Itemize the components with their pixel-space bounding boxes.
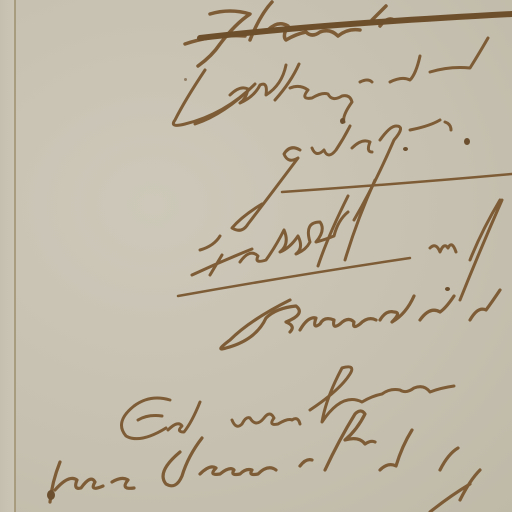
ink-blot bbox=[184, 78, 187, 81]
line-7-strokes bbox=[50, 411, 480, 512]
line-4-strokes bbox=[178, 180, 502, 300]
ink-blot bbox=[340, 118, 345, 124]
line-6-strokes bbox=[122, 367, 455, 439]
ink-blot bbox=[445, 287, 450, 291]
manuscript-page: Melastom Gothergil gul. sp. Habitat in p… bbox=[0, 0, 512, 512]
ink-blot bbox=[403, 147, 408, 151]
line-1-strokes bbox=[185, 2, 512, 66]
handwriting-strokes bbox=[0, 0, 512, 512]
ink-blot bbox=[464, 138, 470, 145]
line-2-strokes bbox=[173, 38, 488, 125]
ink-blot bbox=[47, 490, 55, 500]
line-3-strokes bbox=[232, 120, 512, 230]
line-5-strokes bbox=[221, 290, 500, 349]
